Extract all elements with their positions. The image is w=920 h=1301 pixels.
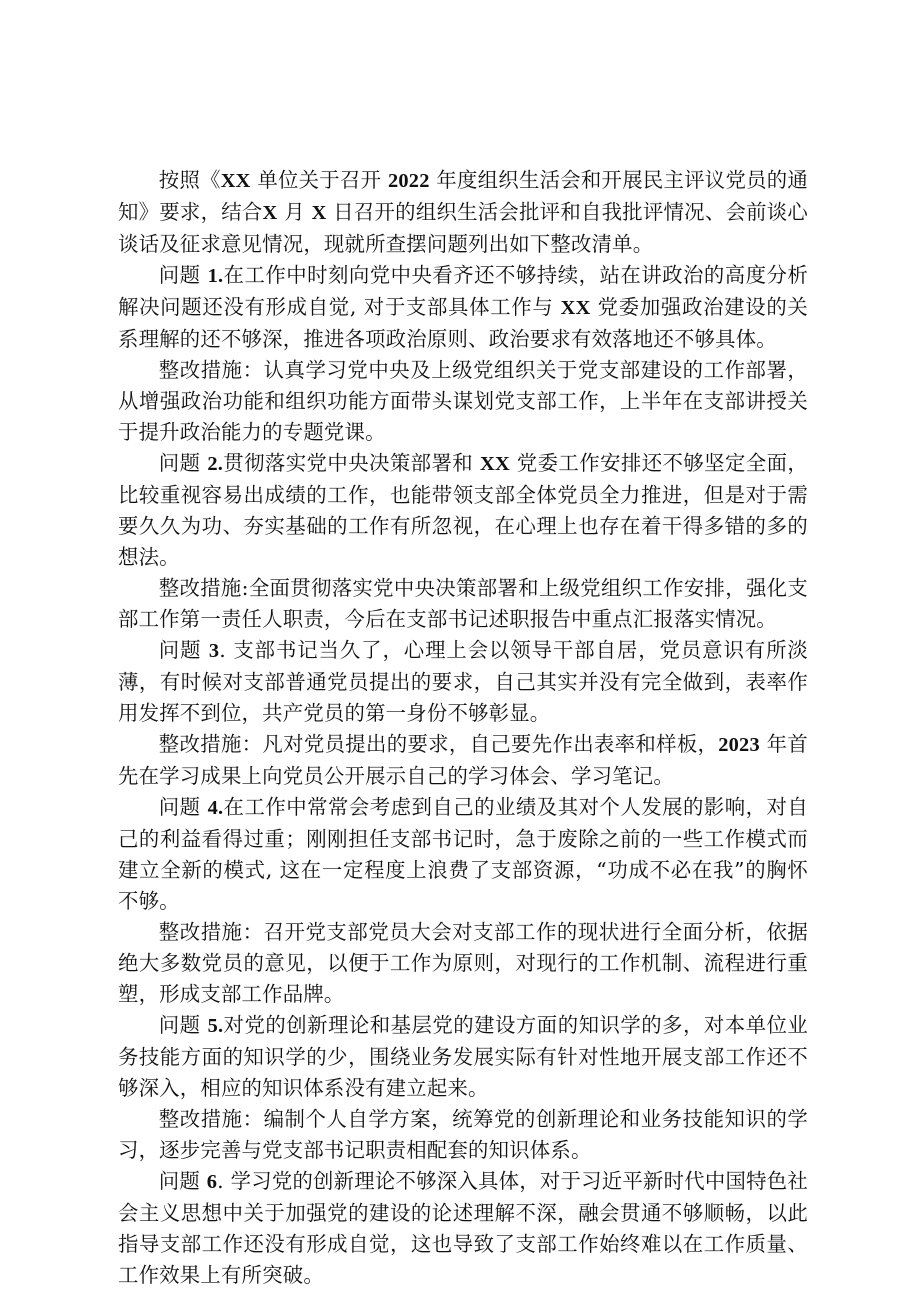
text-segment: 单位关于召开 xyxy=(257,168,381,192)
problem-label: 问题 xyxy=(159,263,201,287)
problem-number: 2. xyxy=(207,453,223,475)
problem-label: 问题 xyxy=(159,1013,201,1037)
problem-label: 问题 xyxy=(159,1169,200,1193)
text-segment-bold: XX xyxy=(221,170,251,192)
document-page: 按照《XX 单位关于召开 2022 年度组织生活会和开展民主评议党员的通知》要求… xyxy=(0,0,920,1301)
document-body: 按照《XX 单位关于召开 2022 年度组织生活会和开展民主评议党员的通知》要求… xyxy=(118,165,808,1291)
text-segment-bold: XX xyxy=(480,453,510,475)
measure-paragraph-1: 整改措施：认真学习党中央及上级党组织关于党支部建设的工作部署，从增强政治功能和组… xyxy=(118,355,808,448)
problem-number: 5. xyxy=(208,1015,224,1037)
problem-label: 问题 xyxy=(159,638,202,662)
text-segment-bold: 2023 xyxy=(718,734,760,756)
text-segment-bold: X xyxy=(312,202,327,224)
text-segment: 整改措施：凡对党员提出的要求，自己要先作出表率和样板， xyxy=(159,732,718,756)
text-segment-bold: X xyxy=(263,202,278,224)
measure-paragraph-3: 整改措施：凡对党员提出的要求，自己要先作出表率和样板，2023 年首先在学习成果… xyxy=(118,729,808,792)
intro-paragraph: 按照《XX 单位关于召开 2022 年度组织生活会和开展民主评议党员的通知》要求… xyxy=(118,165,808,260)
problem-paragraph-5: 问题 5.对党的创新理论和基层党的建设方面的知识学的多，对本单位业务技能方面的知… xyxy=(118,1010,808,1104)
problem-label: 问题 xyxy=(159,451,201,475)
text-segment: 整改措施：编制个人自学方案，统筹党的创新理论和业务技能知识的学习，逐步完善与党支… xyxy=(118,1107,808,1162)
text-segment: 贯彻落实党中央决策部署和 xyxy=(223,451,473,475)
problem-label: 问题 xyxy=(159,795,201,819)
problem-number: 1. xyxy=(208,265,224,287)
text-segment: 整改措施：召开党支部党员大会对支部工作的现状进行全面分析，依据绝大多数党员的意见… xyxy=(118,920,808,1006)
problem-number: 3 xyxy=(209,640,219,662)
measure-paragraph-4: 整改措施：召开党支部党员大会对支部工作的现状进行全面分析，依据绝大多数党员的意见… xyxy=(118,917,808,1010)
text-segment: . 学习党的创新理论不够深入具体，对于习近平新时代中国特色社会主义思想中关于加强… xyxy=(118,1169,808,1287)
problem-paragraph-3: 问题 3. 支部书记当久了，心理上会以领导干部自居，党员意识有所淡薄，有时候对支… xyxy=(118,635,808,729)
measure-paragraph-5: 整改措施：编制个人自学方案，统筹党的创新理论和业务技能知识的学习，逐步完善与党支… xyxy=(118,1104,808,1166)
problem-paragraph-4: 问题 4.在工作中常常会考虑到自己的业绩及其对个人发展的影响，对自己的利益看得过… xyxy=(118,792,808,917)
text-segment-bold: 2022 xyxy=(388,170,430,192)
text-segment: 按照《 xyxy=(159,168,221,192)
problem-number: 6 xyxy=(207,1171,217,1193)
problem-paragraph-2: 问题 2.贯彻落实党中央决策部署和 XX 党委工作安排还不够坚定全面，比较重视容… xyxy=(118,448,808,573)
text-segment: 整改措施:全面贯彻落实党中央决策部署和上级党组织工作安排，强化支部工作第一责任人… xyxy=(118,576,808,631)
text-segment-bold: XX xyxy=(561,297,591,319)
measure-paragraph-2: 整改措施:全面贯彻落实党中央决策部署和上级党组织工作安排，强化支部工作第一责任人… xyxy=(118,573,808,635)
problem-number: 4. xyxy=(208,797,224,819)
problem-paragraph-6: 问题 6. 学习党的创新理论不够深入具体，对于习近平新时代中国特色社会主义思想中… xyxy=(118,1166,808,1291)
text-segment: . 支部书记当久了，心理上会以领导干部自居，党员意识有所淡薄，有时候对支部普通党… xyxy=(118,638,808,725)
problem-paragraph-1: 问题 1.在工作中时刻向党中央看齐还不够持续，站在讲政治的高度分析解决问题还没有… xyxy=(118,260,808,355)
text-segment: 整改措施：认真学习党中央及上级党组织关于党支部建设的工作部署，从增强政治功能和组… xyxy=(118,358,808,444)
text-segment: 月 xyxy=(284,200,305,224)
